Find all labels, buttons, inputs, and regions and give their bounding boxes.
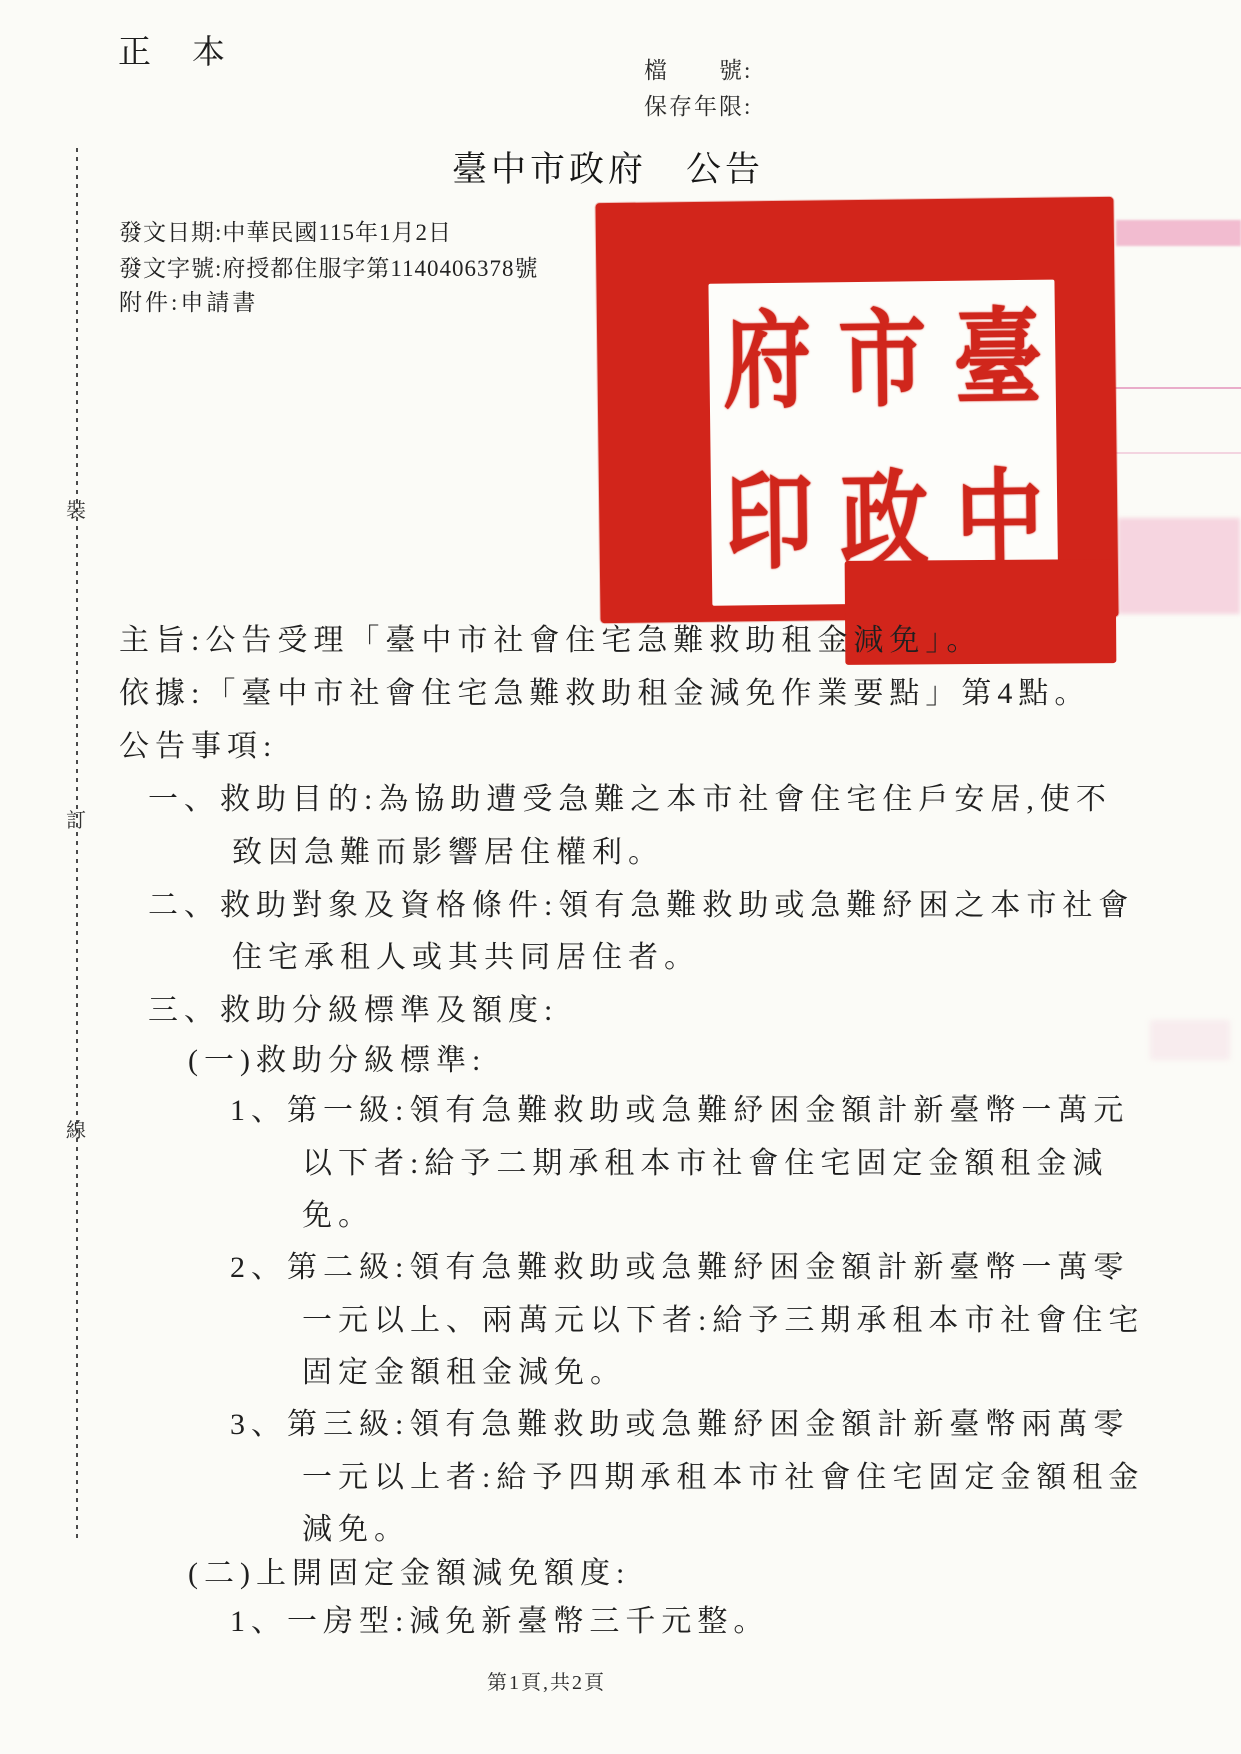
body-line-level-2-end: 固定金額租金減免。 — [302, 1358, 626, 1388]
body-line-item-2-cont: 住宅承租人或其共同居住者。 — [232, 943, 700, 973]
binding-mark-zhuang: 裝 — [66, 494, 86, 523]
body-line-subject: 主旨:公告受理「臺中市社會住宅急難救助租金減免」。 — [119, 626, 982, 656]
body-line-level-2-cont: 一元以上、兩萬元以下者:給予三期承租本市社會住宅 — [302, 1306, 1144, 1336]
body-line-level-1-cont: 以下者:給予二期承租本市社會住宅固定金額租金減 — [302, 1149, 1108, 1179]
seal-inner-face: 臺 中 市 政 府 印 — [708, 280, 1058, 606]
retention-period-label: 保存年限: — [644, 88, 752, 121]
scanned-official-announcement-page: 正 本 檔 號: 保存年限: 臺中市政府 公告 發文日期:中華民國115年1月2… — [0, 0, 1241, 1754]
page-number-footer: 第1頁,共2頁 — [487, 1666, 606, 1695]
scan-artifact-line — [1116, 452, 1241, 454]
body-line-item-3-2: (二)上開固定金額減免額度: — [188, 1559, 630, 1589]
document-title: 臺中市政府 公告 — [452, 142, 764, 192]
seal-character: 臺 — [953, 307, 1042, 414]
seal-character: 市 — [838, 309, 927, 416]
body-line-level-3-end: 減免。 — [302, 1515, 410, 1545]
body-line-level-1-end: 免。 — [302, 1201, 374, 1231]
body-line-level-3-cont: 一元以上者:給予四期承租本市社會住宅固定金額租金 — [302, 1463, 1144, 1493]
binding-dotted-line — [76, 148, 78, 1538]
scan-artifact-blotch — [1118, 518, 1240, 614]
binding-mark-ding: 訂 — [66, 804, 86, 833]
file-number-label: 檔 號: — [644, 52, 752, 85]
body-line-item-3-1: (一)救助分級標準: — [188, 1046, 486, 1076]
attachment-line: 附件:申請書 — [119, 284, 258, 317]
body-line-level-1: 1、第一級:領有急難救助或急難紓困金額計新臺幣一萬元 — [230, 1096, 1129, 1126]
body-line-item-2: 二、救助對象及資格條件:領有急難救助或急難紓困之本市社會 — [148, 891, 1134, 921]
seal-character: 府 — [722, 310, 811, 417]
body-line-level-2: 2、第二級:領有急難救助或急難紓困金額計新臺幣一萬零 — [230, 1253, 1129, 1283]
document-number-line: 發文字號:府授都住服字第1140406378號 — [119, 250, 539, 283]
issue-date-line: 發文日期:中華民國115年1月2日 — [119, 214, 452, 247]
body-line-amount-1: 1、一房型:減免新臺幣三千元整。 — [230, 1607, 769, 1637]
body-line-item-1-cont: 致因急難而影響居住權利。 — [232, 838, 664, 868]
scan-artifact-streak — [1116, 220, 1241, 246]
scan-artifact-blotch — [1150, 1020, 1230, 1060]
seal-character: 印 — [724, 471, 813, 578]
body-line-level-3: 3、第三級:領有急難救助或急難紓困金額計新臺幣兩萬零 — [230, 1410, 1129, 1440]
body-line-basis: 依據:「臺中市社會住宅急難救助租金減免作業要點」第4點。 — [119, 679, 1090, 709]
body-line-item-1: 一、救助目的:為協助遭受急難之本市社會住宅住戶安居,使不 — [148, 785, 1112, 815]
copy-type-label: 正 本 — [118, 26, 229, 73]
binding-mark-xian: 線 — [66, 1114, 86, 1143]
body-line-item-3: 三、救助分級標準及額度: — [148, 996, 558, 1026]
body-line-heading: 公告事項: — [119, 732, 277, 762]
